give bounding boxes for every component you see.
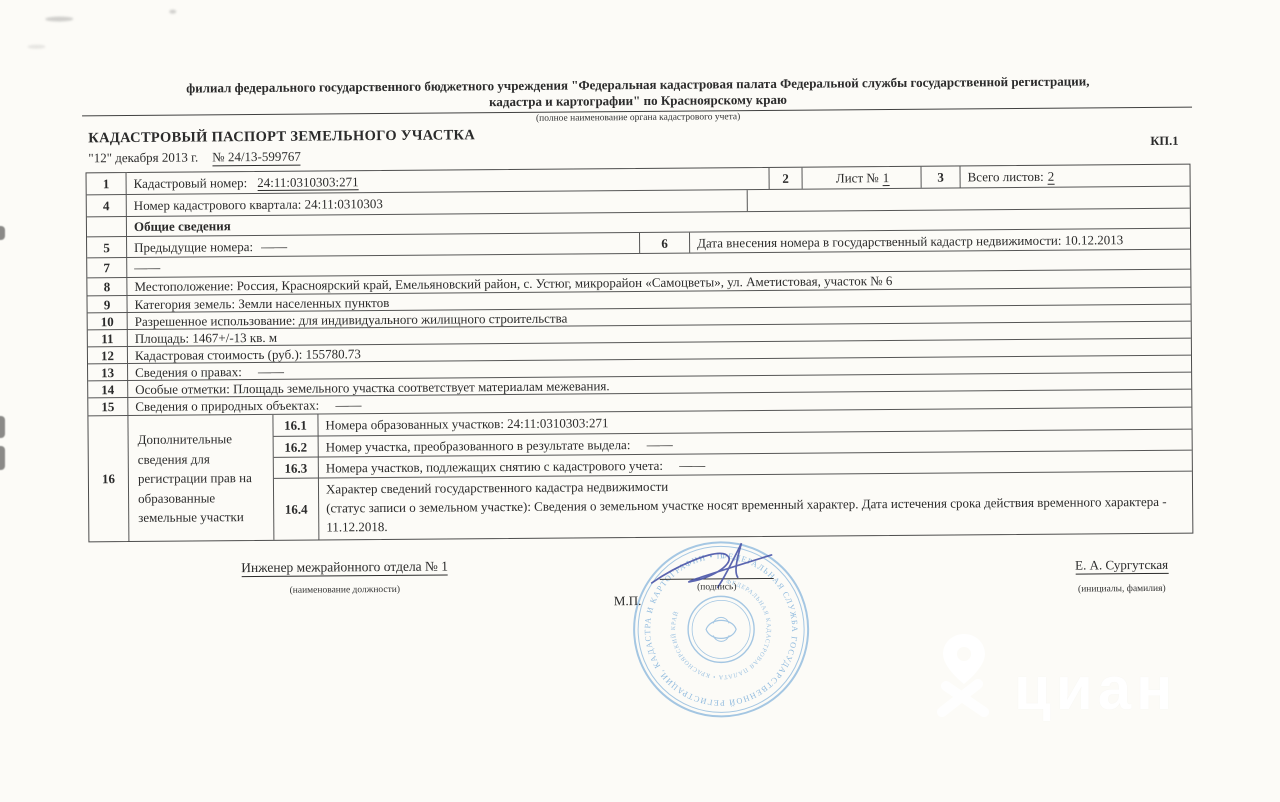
row-number: 1: [87, 173, 127, 194]
row-number: 5: [87, 237, 127, 257]
mp-label: М.П.: [614, 593, 642, 609]
total-sheets-label: Всего листов:: [968, 169, 1044, 185]
subrow-number: 16.2: [274, 437, 319, 457]
scan-smudge: [45, 16, 73, 21]
previous-numbers-label: Предыдущие номера:: [134, 239, 253, 255]
record-status-line2: (статус записи о земельном участке): Све…: [326, 492, 1187, 537]
table-row-16: 16 Дополнительные сведения для регистрац…: [88, 408, 1192, 542]
gkn-entry-date-cell: Дата внесения номера в государственный к…: [690, 229, 1190, 253]
col-number-6: 6: [640, 233, 690, 253]
sheet-value: 1: [883, 170, 890, 186]
row-number: 9: [87, 296, 127, 312]
row-16-subtable: 16.1 Номера образованных участков: 24:11…: [273, 408, 1192, 540]
empty-cell: [748, 187, 1190, 211]
svg-text:• ФЕДЕРАЛЬНАЯ КАДАСТРОВАЯ ПАЛА: • ФЕДЕРАЛЬНАЯ КАДАСТРОВАЯ ПАЛАТА • КРАСН…: [669, 578, 773, 681]
row-number: 16: [88, 416, 129, 541]
row-number: 4: [87, 195, 127, 216]
scan-smudge: [169, 10, 176, 14]
sheet-label: Лист №: [836, 170, 879, 185]
row-number: 12: [88, 347, 128, 363]
scanned-cadastral-passport-page: филиал федерального государственного бюд…: [0, 0, 1280, 802]
date-line: "12" декабря 2013 г.№ 24/13-599767: [88, 149, 301, 167]
row-number: 15: [88, 398, 128, 415]
scan-edge-mark: [0, 446, 5, 470]
row-number: 7: [87, 258, 127, 277]
signer-name: Е. А. Сургутская: [1075, 557, 1168, 575]
scan-smudge: [28, 45, 46, 49]
record-status-cell: Характер сведений государственного кадас…: [319, 472, 1192, 540]
subrow-number: 16.3: [274, 458, 319, 478]
cian-watermark: циан: [928, 632, 1177, 718]
issue-date: "12" декабря 2013 г.: [88, 149, 198, 165]
document-number: № 24/13-599767: [212, 149, 301, 167]
empty-row-number: [87, 217, 127, 236]
total-sheets-value: 2: [1048, 169, 1055, 185]
dash: ——: [261, 239, 287, 254]
row-number: 8: [87, 278, 127, 295]
sheet-cell: Лист №1: [802, 167, 921, 189]
previous-numbers-cell: Предыдущие номера:——: [127, 233, 640, 257]
signer-name-block: Е. А. Сургутская (инициалы, фамилия): [1032, 556, 1212, 595]
row-number: 13: [88, 364, 128, 380]
stamp-inner-ring-text: • ФЕДЕРАЛЬНАЯ КАДАСТРОВАЯ ПАЛАТА • КРАСН…: [669, 578, 773, 681]
subrow-number: 16.4: [274, 479, 319, 540]
col-number-2: 2: [769, 168, 802, 189]
position-title: Инженер межрайонного отдела № 1: [241, 559, 448, 578]
subrow-16-4: 16.4 Характер сведений государственного …: [274, 472, 1192, 540]
page-title: КАДАСТРОВЫЙ ПАСПОРТ ЗЕМЕЛЬНОГО УЧАСТКА: [88, 127, 475, 147]
cadastral-number-value: 24:11:0310303:271: [257, 174, 358, 191]
cian-pin-person-icon: [928, 632, 1000, 718]
form-code: КП.1: [1150, 134, 1178, 149]
scan-edge-mark: [0, 416, 5, 438]
scan-edge-mark: [0, 226, 5, 240]
cian-watermark-text: циан: [1014, 660, 1177, 718]
additional-info-label: Дополнительные сведения для регистрации …: [128, 415, 274, 541]
signature-caption: (подпись): [654, 582, 780, 593]
row-number: 10: [88, 313, 128, 329]
cadastral-number-label: Кадастровый номер:: [134, 175, 248, 191]
total-sheets-cell: Всего листов:2: [960, 165, 1189, 188]
position-caption: (наименование должности): [180, 584, 510, 597]
col-number-3: 3: [921, 166, 960, 187]
subrow-number: 16.1: [273, 415, 318, 436]
cadastral-table: 1 Кадастровый номер:24:11:0310303:271 2 …: [86, 164, 1194, 543]
signer-name-caption: (инициалы, фамилия): [1032, 584, 1212, 595]
row-number: 14: [88, 381, 128, 397]
position-block: Инженер межрайонного отдела № 1 (наимено…: [180, 557, 510, 597]
row-number: 11: [88, 330, 128, 346]
